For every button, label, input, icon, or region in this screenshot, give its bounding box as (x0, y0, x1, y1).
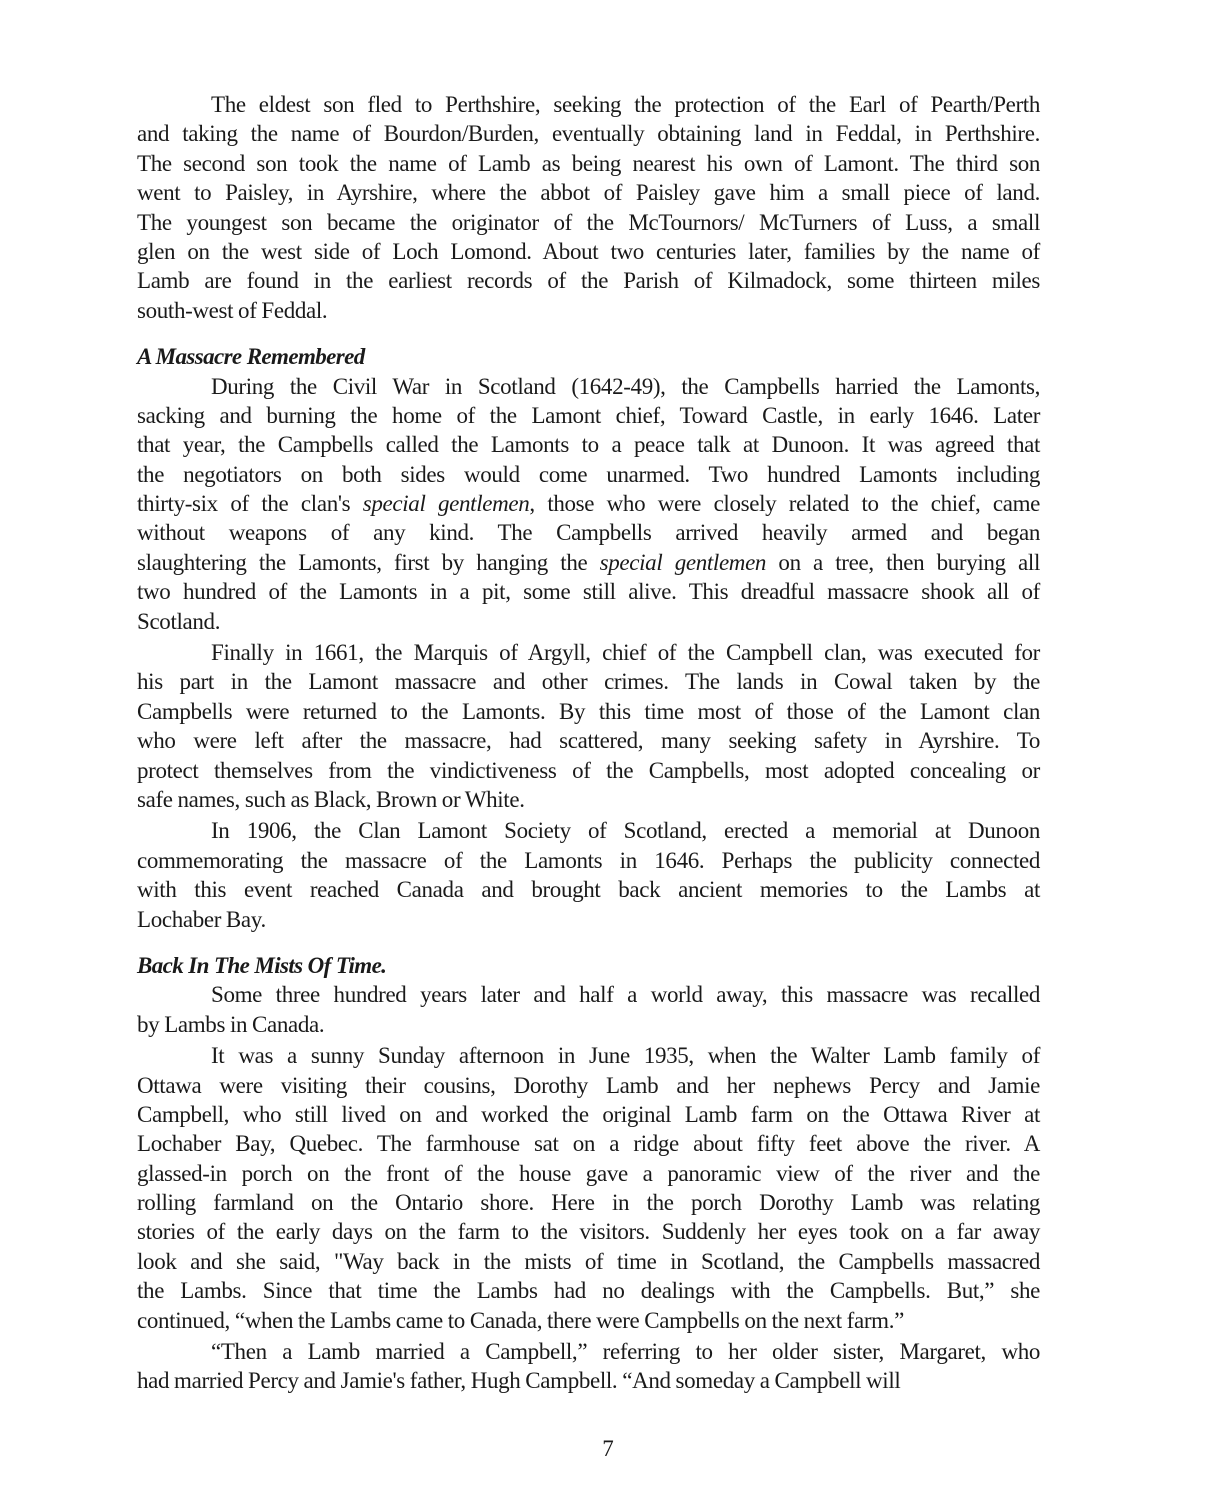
text-line: Some three hundred years later and half … (137, 980, 1040, 1009)
text-line: the Lambs. Since that time the Lambs had… (137, 1276, 1040, 1305)
paragraph-marquis-of-argyll: Finally in 1661, the Marquis of Argyll, … (137, 638, 1040, 814)
text-line: went to Paisley, in Ayrshire, where the … (137, 178, 1040, 207)
text-line: his part in the Lamont massacre and othe… (137, 667, 1040, 696)
text-line: In 1906, the Clan Lamont Society of Scot… (137, 816, 1040, 845)
text-line: had married Percy and Jamie's father, Hu… (137, 1366, 1040, 1395)
text-line: glassed-in porch on the front of the hou… (137, 1159, 1040, 1188)
text-line: two hundred of the Lamonts in a pit, som… (137, 577, 1040, 606)
text-run: on a tree, then burying all (766, 550, 1040, 575)
text-line: It was a sunny Sunday afternoon in June … (137, 1041, 1040, 1070)
text-run: , those who were closely related to the … (529, 491, 1040, 516)
text-line: safe names, such as Black, Brown or Whit… (137, 785, 1040, 814)
text-line: Finally in 1661, the Marquis of Argyll, … (137, 638, 1040, 667)
paragraph-sunny-sunday: It was a sunny Sunday afternoon in June … (137, 1041, 1040, 1335)
text-line: continued, “when the Lambs came to Canad… (137, 1306, 1040, 1335)
italic-term: special gentlemen (363, 491, 530, 516)
paragraph-memorial-1906: In 1906, the Clan Lamont Society of Scot… (137, 816, 1040, 934)
text-line-with-italic: thirty-six of the clan's special gentlem… (137, 489, 1040, 518)
text-line: Campbell, who still lived on and worked … (137, 1100, 1040, 1129)
text-run: slaughtering the Lamonts, first by hangi… (137, 550, 600, 575)
text-line: glen on the west side of Loch Lomond. Ab… (137, 237, 1040, 266)
text-line: The eldest son fled to Perthshire, seeki… (137, 90, 1040, 119)
text-line: Lamb are found in the earliest records o… (137, 266, 1040, 295)
text-line: sacking and burning the home of the Lamo… (137, 401, 1040, 430)
text-line: the negotiators on both sides would come… (137, 460, 1040, 489)
text-line: commemorating the massacre of the Lamont… (137, 846, 1040, 875)
text-line: who were left after the massacre, had sc… (137, 726, 1040, 755)
page-number: 7 (0, 1436, 1216, 1462)
text-line-with-italic: slaughtering the Lamonts, first by hangi… (137, 548, 1040, 577)
text-line: Campbells were returned to the Lamonts. … (137, 697, 1040, 726)
text-line: protect themselves from the vindictivene… (137, 756, 1040, 785)
text-line: south-west of Feddal. (137, 296, 1040, 325)
text-line: The second son took the name of Lamb as … (137, 149, 1040, 178)
paragraph-three-hundred-years: Some three hundred years later and half … (137, 980, 1040, 1039)
paragraph-civil-war: During the Civil War in Scotland (1642-4… (137, 372, 1040, 637)
text-line: “Then a Lamb married a Campbell,” referr… (137, 1337, 1040, 1366)
text-line: The youngest son became the originator o… (137, 208, 1040, 237)
text-line: Ottawa were visiting their cousins, Doro… (137, 1071, 1040, 1100)
italic-term: special gentlemen (600, 550, 766, 575)
text-line: Lochaber Bay. (137, 905, 1040, 934)
text-line: During the Civil War in Scotland (1642-4… (137, 372, 1040, 401)
text-line: by Lambs in Canada. (137, 1010, 1040, 1039)
paragraph-lamb-married-campbell: “Then a Lamb married a Campbell,” referr… (137, 1337, 1040, 1396)
text-run: thirty-six of the clan's (137, 491, 363, 516)
paragraph-perthshire: The eldest son fled to Perthshire, seeki… (137, 90, 1040, 325)
section-heading-mists-of-time: Back In The Mists Of Time. (137, 951, 1040, 980)
section-heading-massacre-remembered: A Massacre Remembered (137, 342, 1040, 371)
text-line: Scotland. (137, 607, 1040, 636)
text-line: stories of the early days on the farm to… (137, 1217, 1040, 1246)
text-line: Lochaber Bay, Quebec. The farmhouse sat … (137, 1129, 1040, 1158)
text-line: without weapons of any kind. The Campbel… (137, 518, 1040, 547)
text-line: rolling farmland on the Ontario shore. H… (137, 1188, 1040, 1217)
text-line: that year, the Campbells called the Lamo… (137, 430, 1040, 459)
text-line: and taking the name of Bourdon/Burden, e… (137, 119, 1040, 148)
document-page: The eldest son fled to Perthshire, seeki… (137, 90, 1040, 1396)
text-line: look and she said, "Way back in the mist… (137, 1247, 1040, 1276)
text-line: with this event reached Canada and broug… (137, 875, 1040, 904)
